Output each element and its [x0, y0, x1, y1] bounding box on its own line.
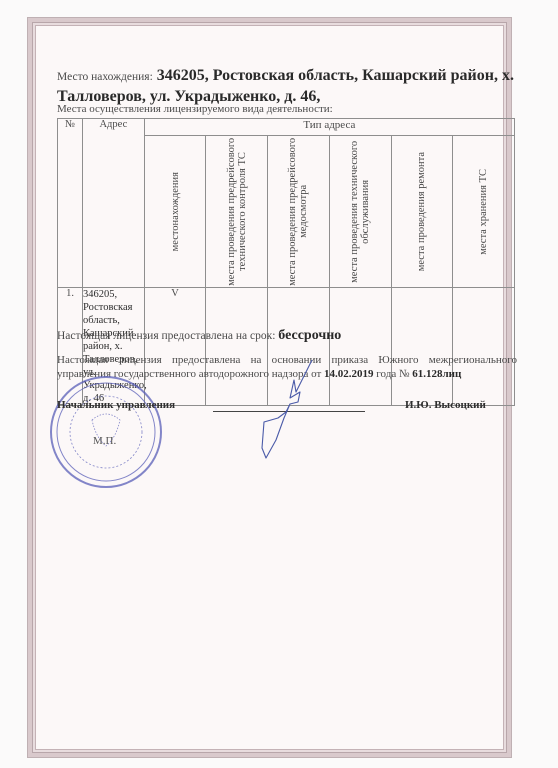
handwritten-signature-icon — [0, 0, 558, 768]
